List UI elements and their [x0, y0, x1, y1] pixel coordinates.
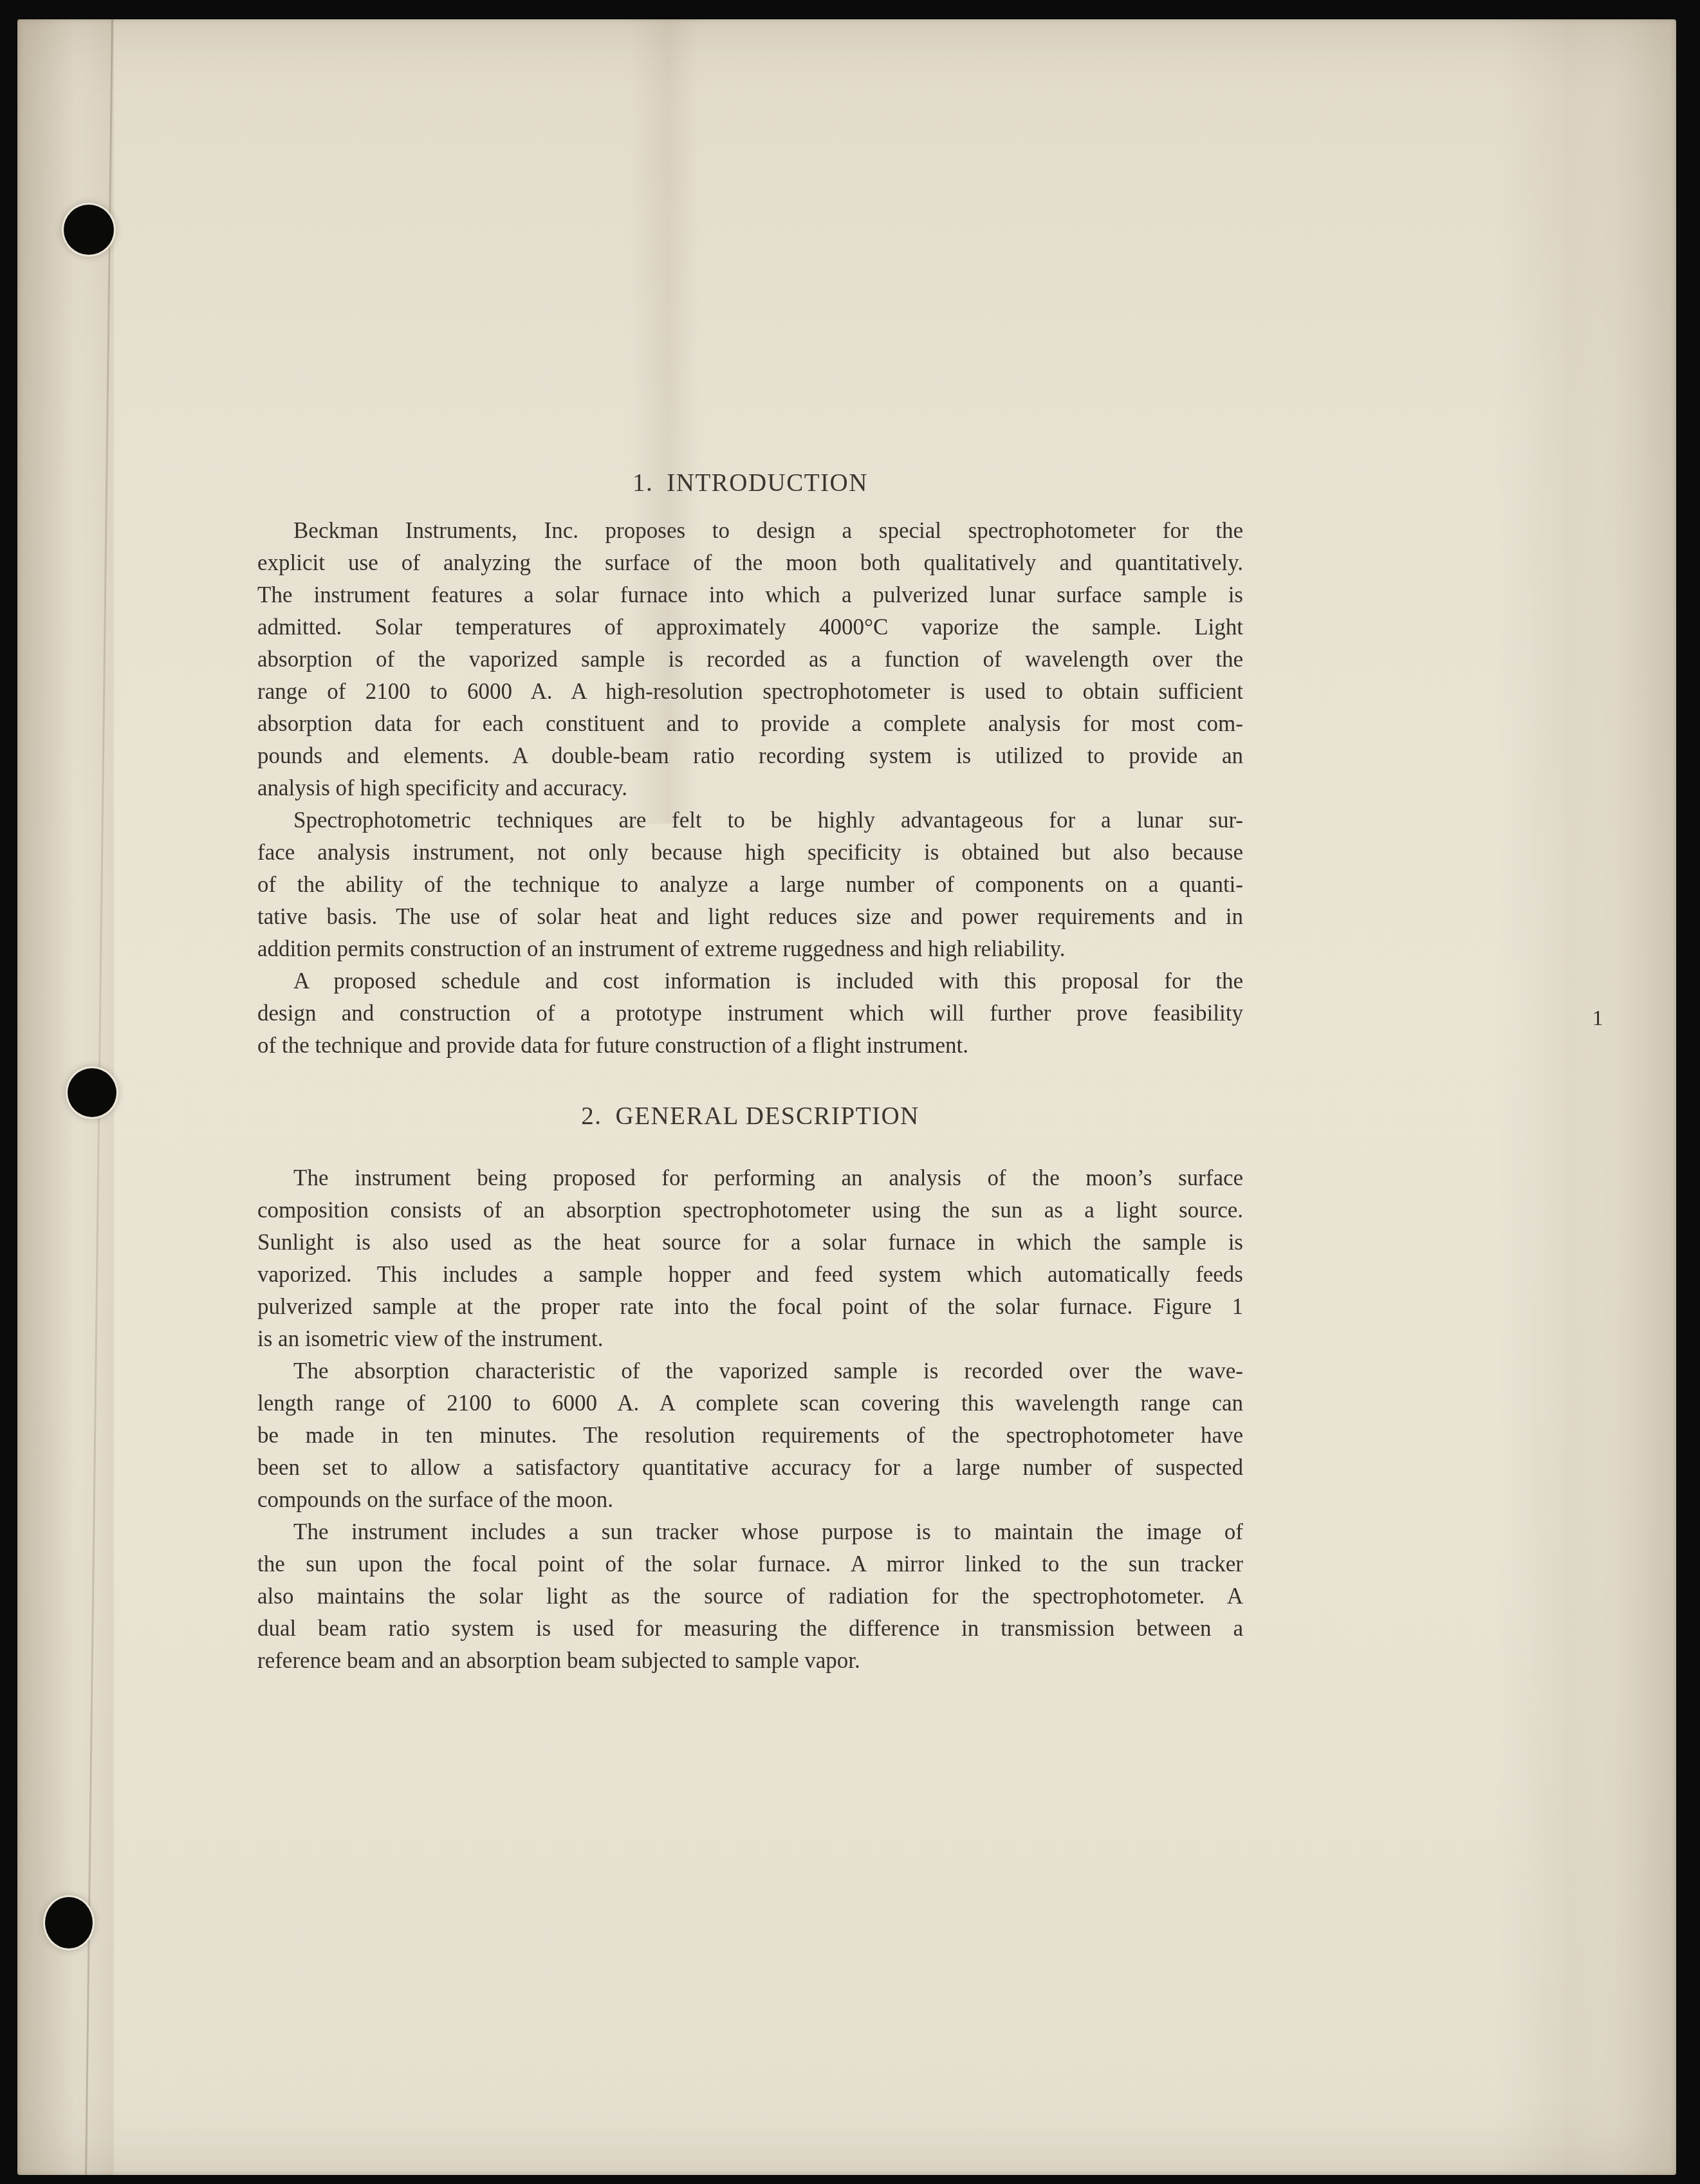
text-line: A proposed schedule and cost information… — [257, 965, 1243, 997]
text-line: tative basis. The use of solar heat and … — [257, 901, 1243, 933]
text-line: Spectrophotometric techniques are felt t… — [257, 804, 1243, 837]
paper-crease-right — [1497, 19, 1613, 2175]
punch-hole-bottom — [45, 1897, 93, 1948]
text-line: range of 2100 to 6000 A. A high-resoluti… — [257, 676, 1243, 708]
text-line: The absorption characteristic of the vap… — [257, 1355, 1243, 1387]
text-line: reference beam and an absorption beam su… — [257, 1645, 1243, 1677]
text-line: absorption of the vaporized sample is re… — [257, 643, 1243, 676]
text-line: also maintains the solar light as the so… — [257, 1580, 1243, 1613]
text-line: analysis of high specificity and accurac… — [257, 772, 1243, 804]
text-line: addition permits construction of an inst… — [257, 933, 1243, 965]
text-line: of the ability of the technique to analy… — [257, 869, 1243, 901]
document-page: 1. INTRODUCTIONBeckman Instruments, Inc.… — [17, 19, 1676, 2175]
paragraph: The absorption characteristic of the vap… — [257, 1355, 1243, 1516]
paragraph: The instrument includes a sun tracker wh… — [257, 1516, 1243, 1677]
text-line: The instrument features a solar furnace … — [257, 579, 1243, 611]
paragraph: Spectrophotometric techniques are felt t… — [257, 804, 1243, 965]
text-line: pulverized sample at the proper rate int… — [257, 1291, 1243, 1323]
text-line: dual beam ratio system is used for measu… — [257, 1613, 1243, 1645]
paragraph: The instrument being proposed for perfor… — [257, 1162, 1243, 1355]
document-content: 1. INTRODUCTIONBeckman Instruments, Inc.… — [257, 467, 1243, 1677]
text-line: been set to allow a satisfactory quantit… — [257, 1452, 1243, 1484]
text-line: the sun upon the focal point of the sola… — [257, 1548, 1243, 1580]
text-line: design and construction of a prototype i… — [257, 997, 1243, 1030]
text-line: vaporized. This includes a sample hopper… — [257, 1259, 1243, 1291]
text-line: face analysis instrument, not only becau… — [257, 837, 1243, 869]
scan-background: { "colors": { "scan_background": "#0b0b0… — [0, 0, 1700, 2184]
text-line: be made in ten minutes. The resolution r… — [257, 1420, 1243, 1452]
text-line: Sunlight is also used as the heat source… — [257, 1226, 1243, 1259]
text-line: explicit use of analyzing the surface of… — [257, 547, 1243, 579]
text-line: Beckman Instruments, Inc. proposes to de… — [257, 515, 1243, 547]
text-line: compounds on the surface of the moon. — [257, 1484, 1243, 1516]
punch-hole-top — [64, 205, 114, 255]
punch-hole-middle — [68, 1068, 116, 1117]
text-line: absorption data for each constituent and… — [257, 708, 1243, 740]
section-heading: 2. GENERAL DESCRIPTION — [257, 1100, 1243, 1133]
page-number: 1 — [1580, 1003, 1616, 1035]
text-line: of the technique and provide data for fu… — [257, 1030, 1243, 1062]
text-line: pounds and elements. A double-beam ratio… — [257, 740, 1243, 772]
text-line: The instrument includes a sun tracker wh… — [257, 1516, 1243, 1548]
text-line: length range of 2100 to 6000 A. A comple… — [257, 1387, 1243, 1420]
text-line: admitted. Solar temperatures of approxim… — [257, 611, 1243, 643]
paragraph: A proposed schedule and cost information… — [257, 965, 1243, 1062]
section-heading: 1. INTRODUCTION — [257, 467, 1243, 499]
text-line: is an isometric view of the instrument. — [257, 1323, 1243, 1355]
text-line: The instrument being proposed for perfor… — [257, 1162, 1243, 1194]
text-line: composition consists of an absorption sp… — [257, 1194, 1243, 1226]
paragraph: Beckman Instruments, Inc. proposes to de… — [257, 515, 1243, 804]
